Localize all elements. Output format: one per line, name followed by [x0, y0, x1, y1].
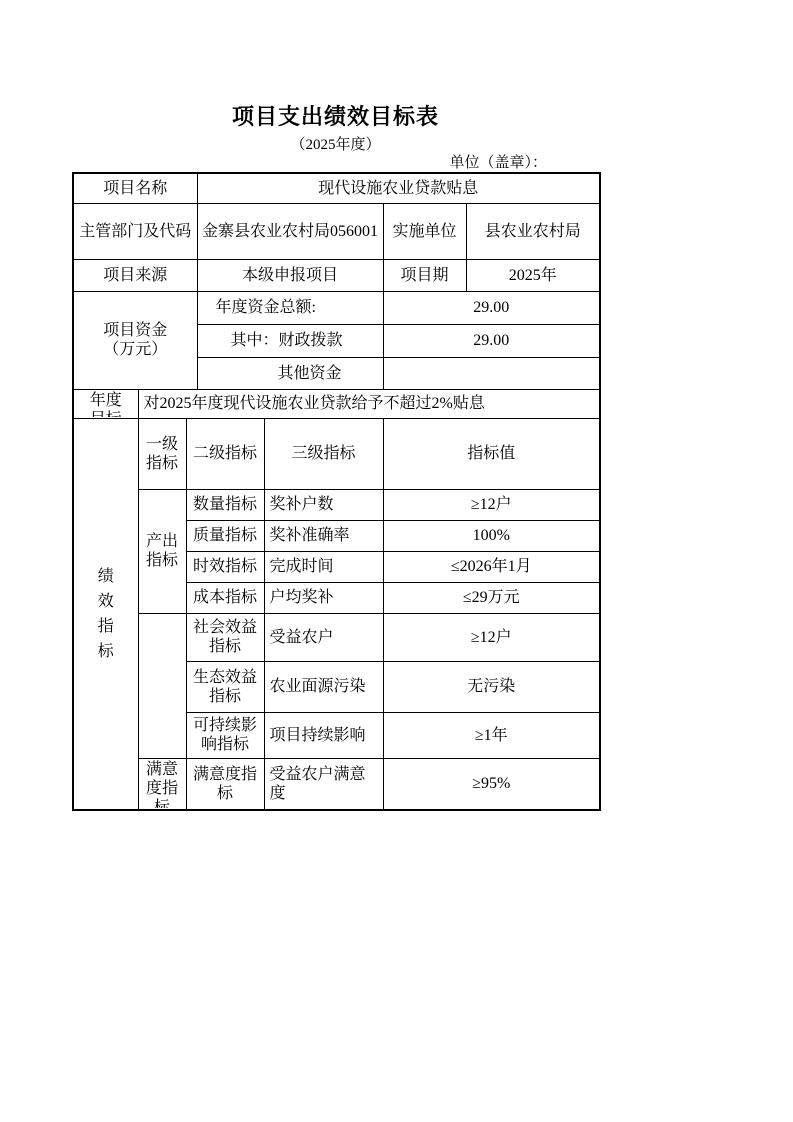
value-cell: ≥12户	[383, 489, 600, 520]
performance-target-table: 项目名称 现代设施农业贷款贴息 主管部门及代码 金寨县农业农村局056001 实…	[72, 172, 601, 811]
level3-cell: 奖补户数	[264, 489, 383, 520]
funds-fiscal-label: 其中：财政拨款	[197, 324, 383, 357]
page-title: 项目支出绩效目标表	[72, 100, 599, 131]
header-level3: 三级指标	[264, 418, 383, 489]
funds-label: 项目资金（万元）	[73, 291, 197, 389]
level2-cell: 时效指标	[186, 551, 264, 582]
funds-total-label: 年度资金总额:	[197, 291, 383, 324]
level2-cell: 可持续影响指标	[186, 712, 264, 758]
header-value: 指标值	[383, 418, 600, 489]
level3-cell: 户均奖补	[264, 582, 383, 613]
level3-cell: 完成时间	[264, 551, 383, 582]
project-name-value: 现代设施农业贷款贴息	[197, 173, 600, 203]
level3-cell: 奖补准确率	[264, 520, 383, 551]
header-level1: 一级指标	[138, 418, 186, 489]
document-page: 项目支出绩效目标表 （2025年度） 单位（盖章）： 项目名称 现代设施农业贷款…	[0, 0, 793, 1122]
value-cell: 无污染	[383, 661, 600, 712]
dept-value: 金寨县农业农村局056001	[197, 203, 383, 259]
value-cell: ≥1年	[383, 712, 600, 758]
period-value: 2025年	[466, 259, 600, 291]
level1-benefit-cell	[138, 613, 186, 758]
funds-total-value: 29.00	[383, 291, 600, 324]
value-cell: ≤2026年1月	[383, 551, 600, 582]
value-cell: ≥95%	[383, 758, 600, 810]
header-level2: 二级指标	[186, 418, 264, 489]
value-cell: ≥12户	[383, 613, 600, 661]
annual-goal-label: 年度目标	[73, 389, 138, 418]
level2-cell: 满意度指标	[186, 758, 264, 810]
level2-cell: 社会效益指标	[186, 613, 264, 661]
funds-other-label: 其他资金	[197, 357, 383, 389]
funds-fiscal-value: 29.00	[383, 324, 600, 357]
impl-unit-label: 实施单位	[383, 203, 466, 259]
level2-cell: 生态效益指标	[186, 661, 264, 712]
level3-cell: 农业面源污染	[264, 661, 383, 712]
source-label: 项目来源	[73, 259, 197, 291]
level1-satisfaction-cell: 满意度指标	[138, 758, 186, 810]
level2-cell: 数量指标	[186, 489, 264, 520]
unit-seal-label: 单位（盖章）：	[72, 151, 599, 172]
funds-other-value	[383, 357, 600, 389]
impl-unit-value: 县农业农村局	[466, 203, 600, 259]
period-label: 项目期	[383, 259, 466, 291]
level2-cell: 质量指标	[186, 520, 264, 551]
value-cell: 100%	[383, 520, 600, 551]
dept-label: 主管部门及代码	[73, 203, 197, 259]
source-value: 本级申报项目	[197, 259, 383, 291]
annual-goal-text: 对2025年度现代设施农业贷款给予不超过2%贴息	[138, 389, 600, 418]
performance-section-label: 绩效指标	[73, 418, 138, 810]
level2-cell: 成本指标	[186, 582, 264, 613]
level1-output-cell: 产出指标	[138, 489, 186, 613]
project-name-label: 项目名称	[73, 173, 197, 203]
value-cell: ≤29万元	[383, 582, 600, 613]
level3-cell: 受益农户满意度	[264, 758, 383, 810]
level3-cell: 项目持续影响	[264, 712, 383, 758]
level3-cell: 受益农户	[264, 613, 383, 661]
